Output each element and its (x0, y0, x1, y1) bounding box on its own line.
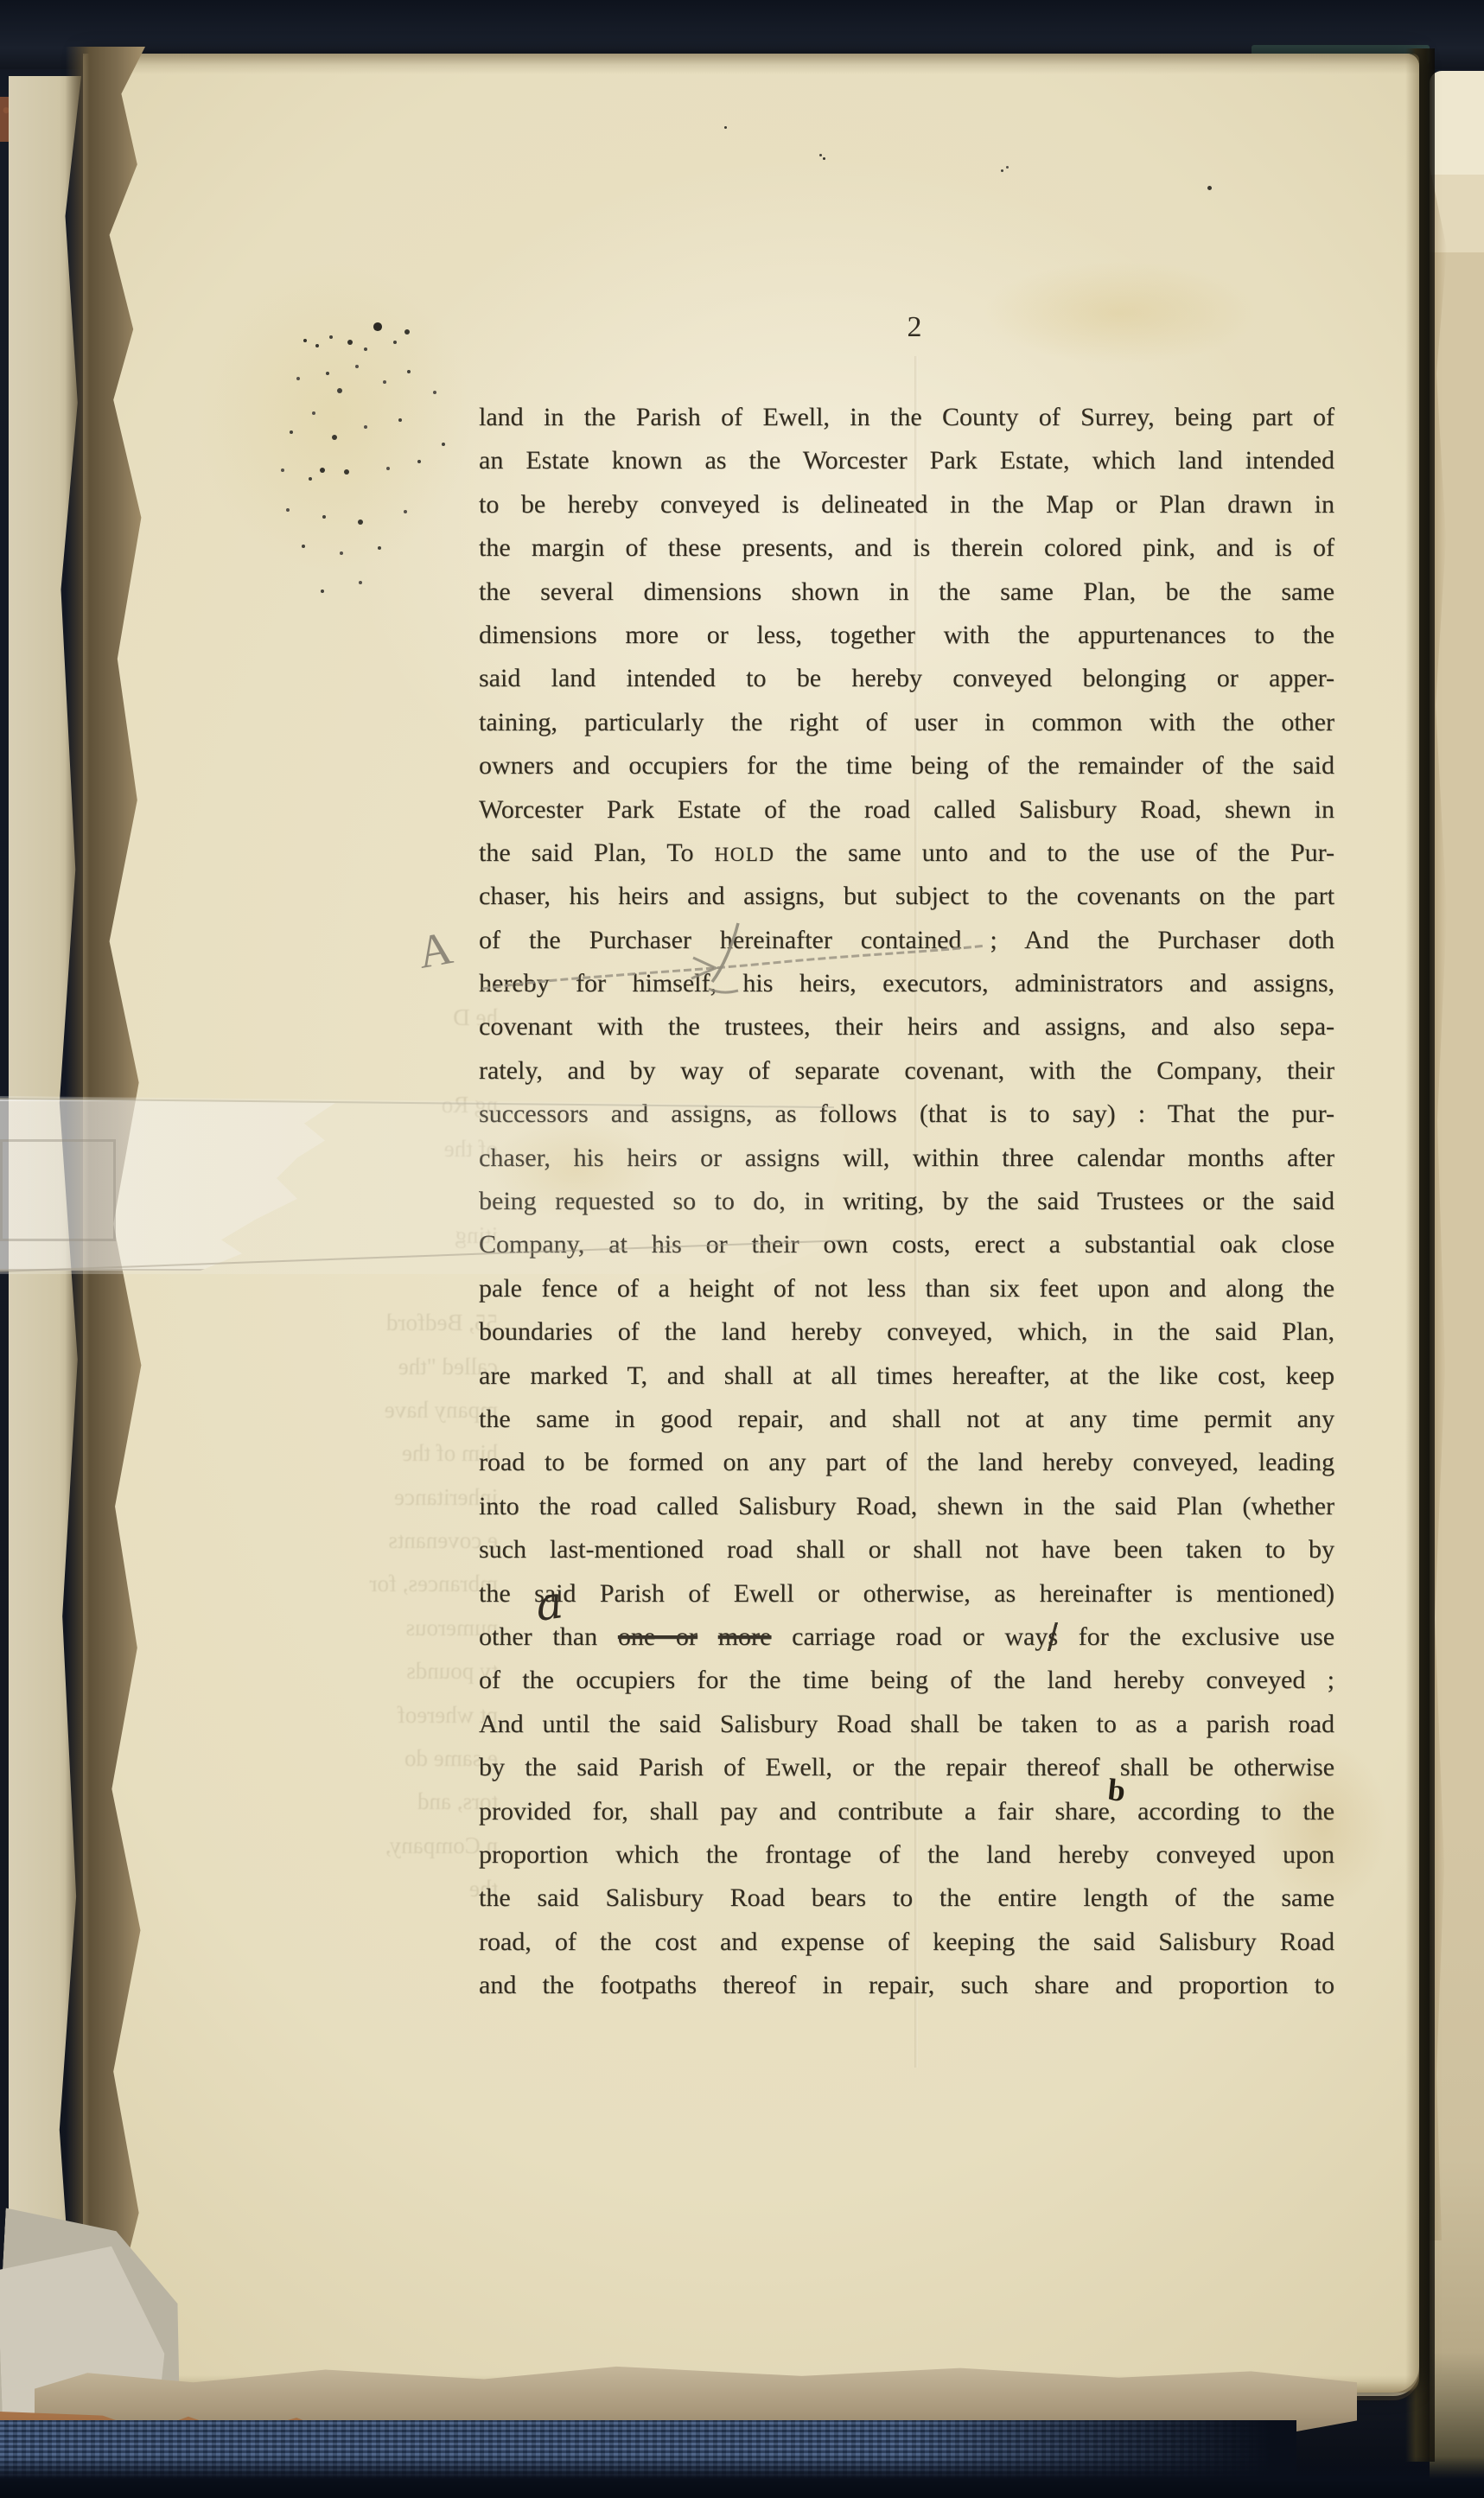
bleedthrough-line: inheritance (213, 1475, 498, 1519)
text-line: road, of the cost and expense of keeping… (479, 1921, 1334, 1964)
bleedthrough-line (213, 953, 498, 996)
stain (982, 261, 1258, 365)
text-line: chaser, his heirs and assigns, but subje… (479, 875, 1334, 918)
bleedthrough-line: him of the (213, 1431, 498, 1475)
text-line: the several dimensions shown in the same… (479, 570, 1334, 614)
bleedthrough-line (213, 1040, 498, 1083)
text-line: the said Parish of Ewell or otherwise, a… (479, 1572, 1334, 1615)
text-line: boundaries of the land hereby conveyed, … (479, 1310, 1334, 1354)
text-line: and the footpaths thereof in repair, suc… (479, 1964, 1334, 2007)
stain (195, 261, 472, 572)
text-line: covenant with the trustees, their heirs … (479, 1005, 1334, 1048)
bleedthrough-line: called "the (213, 1345, 498, 1388)
text-line: of the occupiers for the time being of t… (479, 1659, 1334, 1702)
bleedthrough-line: 55, Bedford (213, 1301, 498, 1344)
page-number: 2 (887, 311, 942, 344)
text-line: the margin of these presents, and is the… (479, 526, 1334, 570)
text-line: to be hereby conveyed is delineated in t… (479, 483, 1334, 526)
bleedthrough-line (213, 1911, 498, 1954)
text-line: taining, particularly the right of user … (479, 701, 1334, 744)
bleedthrough-line: n Company, (213, 1824, 498, 1867)
page-top-edge (83, 54, 1419, 74)
bleedthrough-line: mpany have (213, 1388, 498, 1431)
cover-bottom-shadow (0, 2457, 1484, 2498)
text-line: by the said Parish of Ewell, or the repa… (479, 1746, 1334, 1789)
text-line: proportion which the frontage of the lan… (479, 1833, 1334, 1877)
bleedthrough-line: e same do (213, 1736, 498, 1780)
page-right-edge (1405, 54, 1419, 2393)
text-line: the same in good repair, and shall not a… (479, 1398, 1334, 1441)
text-line: such last-mentioned road shall or shall … (479, 1528, 1334, 1571)
bleedthrough-line: pt whereof (213, 1693, 498, 1736)
text-line: rately, and by way of separate covenant,… (479, 1049, 1334, 1093)
text-line: the said Salisbury Road bears to the ent… (479, 1877, 1334, 1920)
bleedthrough-line: mbrances, for (213, 1562, 498, 1605)
bleedthrough-line: he D (213, 996, 498, 1039)
text-line: of the Purchaser hereinafter contained ;… (479, 919, 1334, 962)
text-line: dimensions more or less, together with t… (479, 614, 1334, 657)
bleedthrough-line: the (213, 1867, 498, 1910)
bleedthrough-line: tors, and (213, 1780, 498, 1823)
text-line: an Estate known as the Worcester Park Es… (479, 439, 1334, 482)
text-line: And until the said Salisbury Road shall … (479, 1703, 1334, 1746)
text-line: road to be formed on any part of the lan… (479, 1441, 1334, 1484)
text-line: other than one or more carriage road or … (479, 1615, 1334, 1659)
bleedthrough-line: e covenants (213, 1519, 498, 1562)
tape-label-outline (0, 1139, 116, 1241)
text-line: are marked T, and shall at all times her… (479, 1354, 1334, 1398)
text-line: Worcester Park Estate of the road called… (479, 788, 1334, 832)
bleedthrough-line: ty pounds (213, 1649, 498, 1692)
text-line: land in the Parish of Ewell, in the Coun… (479, 396, 1334, 439)
text-line: said land intended to be hereby conveyed… (479, 657, 1334, 700)
bleedthrough-line (213, 1954, 498, 1998)
text-line: provided for, shall pay and contribute a… (479, 1790, 1334, 1833)
next-page-edge (1430, 71, 1484, 2498)
text-line: into the road called Salisbury Road, she… (479, 1485, 1334, 1528)
scanned-book-photo: he Dng Roof theiting55, Bedfordcalled "t… (0, 0, 1484, 2498)
text-line: the said Plan, To HOLD the same unto and… (479, 832, 1334, 875)
bleedthrough-line: numerous (213, 1606, 498, 1649)
ink-spatter (303, 339, 307, 342)
ink-specks (724, 126, 727, 129)
text-line: hereby for himself, his heirs, executors… (479, 962, 1334, 1005)
text-line: owners and occupiers for the time being … (479, 744, 1334, 787)
